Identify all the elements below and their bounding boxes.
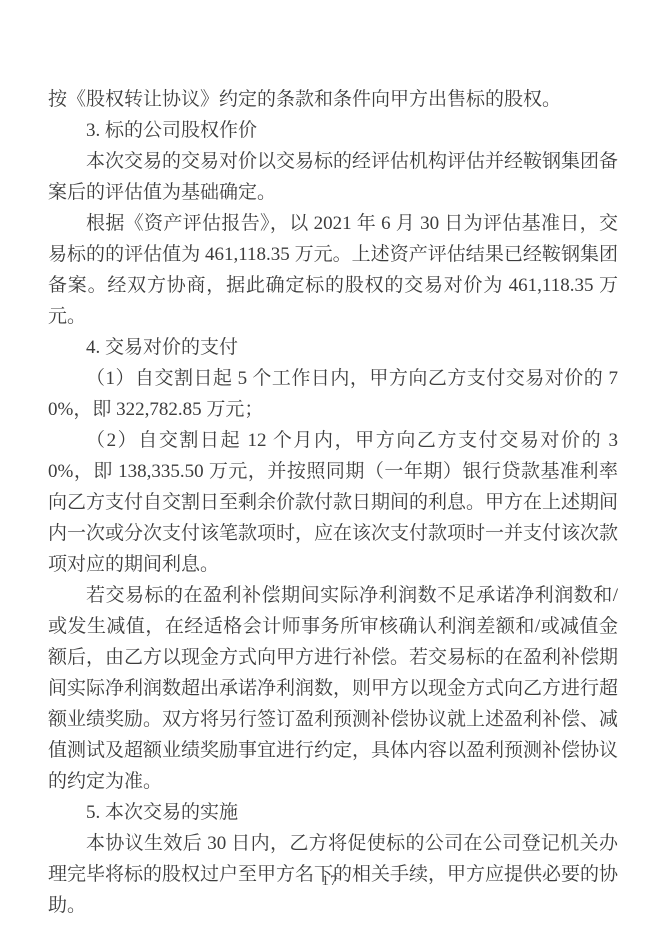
page-number: 17 (0, 873, 660, 890)
section-heading-3: 3. 标的公司股权作价 (48, 115, 618, 146)
body-paragraph-item-1: （1）自交割日起 5 个工作日内，甲方向乙方支付交易对价的 70%，即 322,… (48, 363, 618, 425)
document-body: 按《股权转让协议》约定的条款和条件向甲方出售标的股权。 3. 标的公司股权作价 … (48, 84, 618, 921)
body-paragraph-item-2: （2）自交割日起 12 个月内，甲方向乙方支付交易对价的 30%，即 138,3… (48, 425, 618, 580)
document-page: 按《股权转让协议》约定的条款和条件向甲方出售标的股权。 3. 标的公司股权作价 … (0, 0, 660, 934)
body-paragraph: 若交易标的在盈利补偿期间实际净利润数不足承诺净利润数和/或发生减值，在经适格会计… (48, 580, 618, 797)
body-paragraph-continued: 按《股权转让协议》约定的条款和条件向甲方出售标的股权。 (48, 84, 618, 115)
section-heading-4: 4. 交易对价的支付 (48, 332, 618, 363)
body-paragraph: 本次交易的交易对价以交易标的经评估机构评估并经鞍钢集团备案后的评估值为基础确定。 (48, 146, 618, 208)
section-heading-5: 5. 本次交易的实施 (48, 797, 618, 828)
body-paragraph: 根据《资产评估报告》，以 2021 年 6 月 30 日为评估基准日，交易标的的… (48, 208, 618, 332)
